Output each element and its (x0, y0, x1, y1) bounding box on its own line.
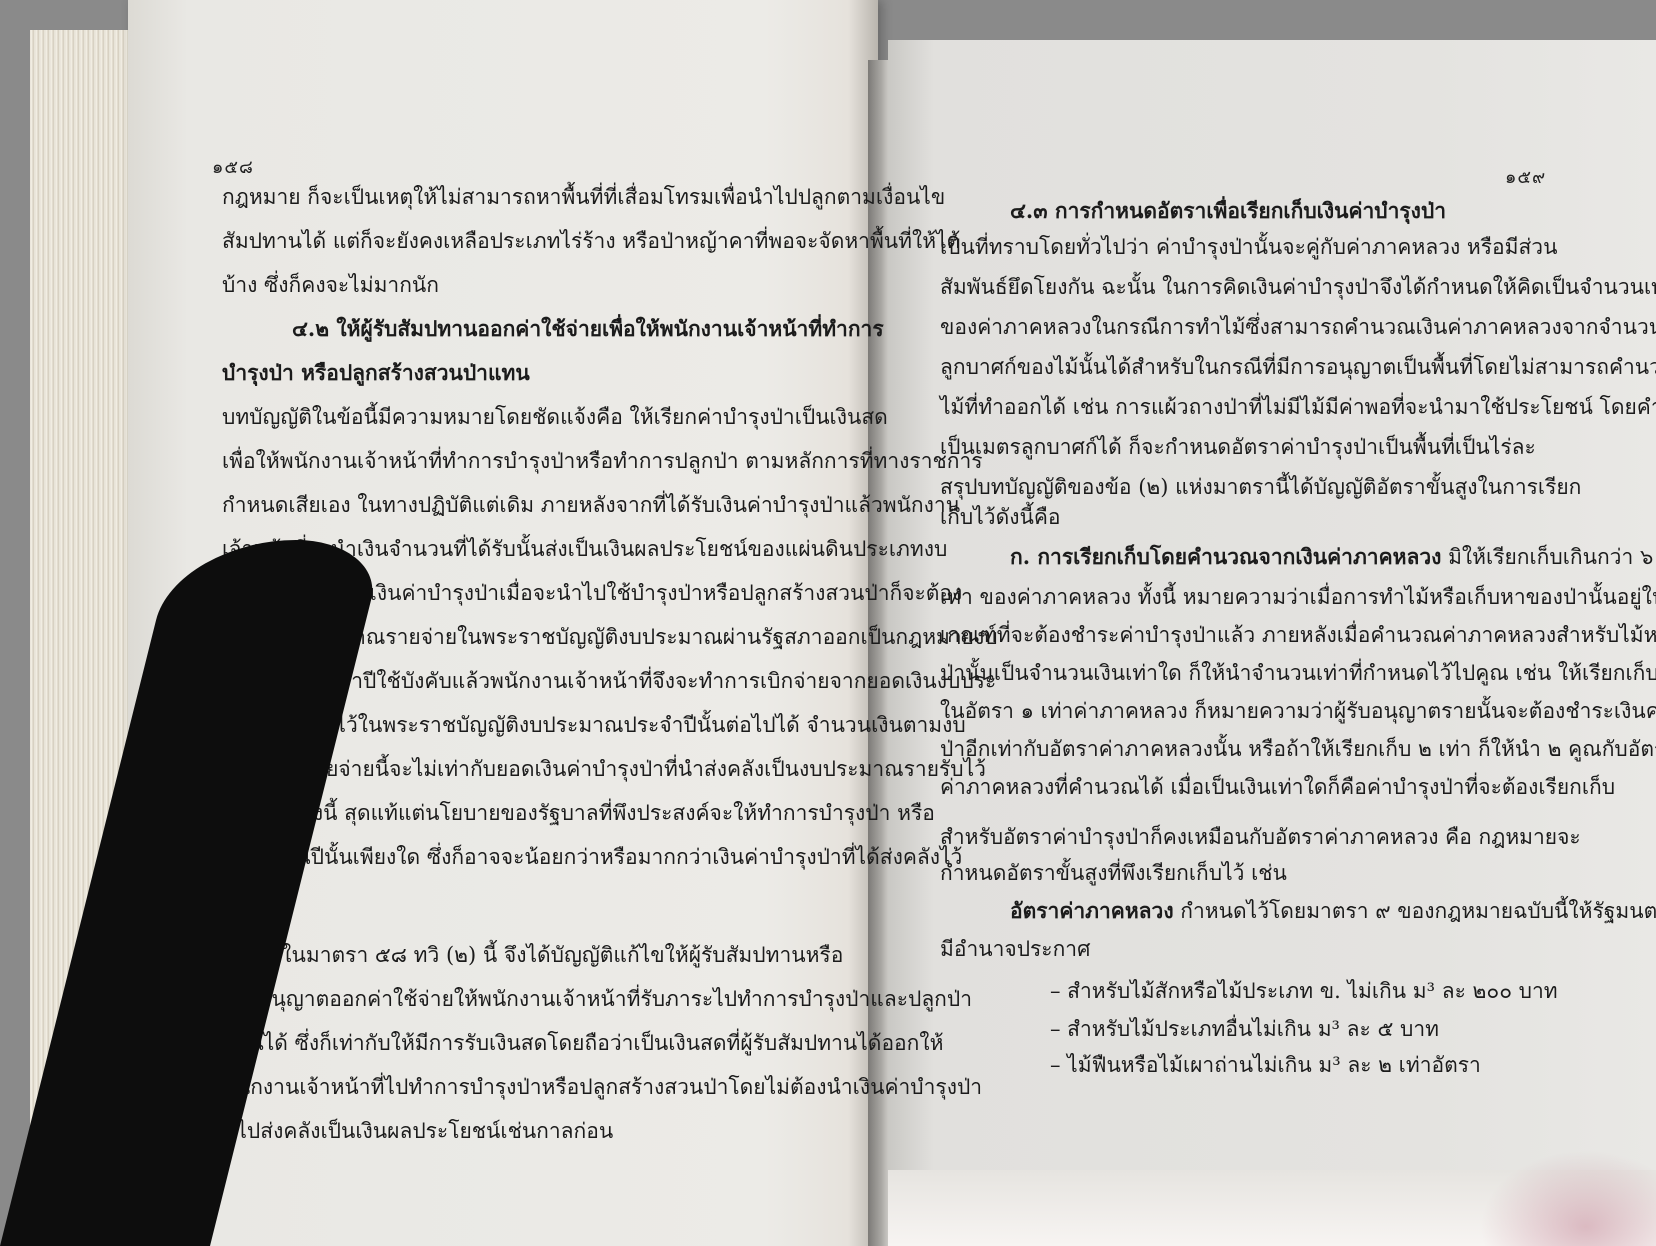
text-line: กฎหมาย ก็จะเป็นเหตุให้ไม่สามารถหาพื้นที่… (222, 178, 945, 216)
stain (1480, 1150, 1656, 1246)
text-line: เพื่อให้พนักงานเจ้าหน้าที่ทำการบำรุงป่าห… (222, 442, 983, 480)
text-line: ป่านั้นเป็นจำนวนเงินเท่าใด ก็ให้นำจำนวนเ… (940, 654, 1656, 692)
bullet-item: – สำหรับไม้ประเภทอื่นไม่เกิน ม³ ละ ๕ บาท (1050, 1010, 1439, 1048)
text-line: นี้ไปส่งคลังเป็นเงินผลประโยชน์เช่นกาลก่อ… (222, 1112, 613, 1150)
text-line: ในอัตรา ๑ เท่าค่าภาคหลวง ก็หมายความว่าผู… (940, 692, 1656, 730)
text-line: ลูกบาศก์ของไม้นั้นได้สำหรับในกรณีที่มีกา… (940, 348, 1656, 386)
page-number-right: ๑๕๙ (1505, 162, 1546, 191)
bullet-item: – สำหรับไม้สักหรือไม้ประเภท ข. ไม่เกิน ม… (1050, 972, 1558, 1010)
item-a-text: มิให้เรียกเก็บเกินกว่า ๖ (1441, 545, 1653, 569)
text-line: ของค่าภาคหลวงในกรณีการทำไม้ซึ่งสามารถคำน… (940, 308, 1656, 346)
bullet-item: – ไม้ฟืนหรือไม้เผาถ่านไม่เกิน ม³ ละ ๒ เท… (1050, 1046, 1481, 1084)
item-a-title: ก. การเรียกเก็บโดยคำนวณจากเงินค่าภาคหลวง (1010, 544, 1441, 569)
text-line: พนักงานเจ้าหน้าที่ไปทำการบำรุงป่าหรือปลู… (222, 1068, 982, 1106)
text-line: สัมพันธ์ยึดโยงกัน ฉะนั้น ในการคิดเงินค่า… (940, 268, 1656, 306)
royalty-rate: อัตราค่าภาคหลวง กำหนดไว้โดยมาตรา ๙ ของกฎ… (1010, 892, 1656, 930)
text-line: เสมอไป ทั้งนี้ สุดแท้แต่นโยบายของรัฐบาลท… (222, 794, 935, 832)
text-line: ค่าภาคหลวงที่คำนวณได้ เมื่อเป็นเงินเท่าใ… (940, 768, 1615, 806)
text-line: ปลูกป่าในปีนั้นเพียงใด ซึ่งก็อาจจะน้อยกว… (222, 838, 962, 876)
item-a: ก. การเรียกเก็บโดยคำนวณจากเงินค่าภาคหลวง… (1010, 538, 1653, 576)
text-line: เก็บไว้ดังนี้คือ (940, 498, 1060, 536)
text-line: บทบัญญัติในข้อนี้มีความหมายโดยชัดแจ้งคือ… (222, 398, 888, 436)
text-line: ผู้รับอนุญาตออกค่าใช้จ่ายให้พนักงานเจ้าห… (222, 980, 972, 1018)
text-line: เท่า ของค่าภาคหลวง ทั้งนี้ หมายความว่าเม… (940, 578, 1656, 616)
text-line: กำหนดอัตราขั้นสูงที่พึงเรียกเก็บไว้ เช่น (940, 854, 1287, 892)
text-line: ประมาณรายจ่ายนี้จะไม่เท่ากับยอดเงินค่าบำ… (222, 750, 986, 788)
book-spread: ๑๕๘ กฎหมาย ก็จะเป็นเหตุให้ไม่สามารถหาพื้… (0, 0, 1656, 1246)
text-line: ดังนั้น ในมาตรา ๕๘ ทวิ (๒) นี้ จึงได้บัญ… (222, 936, 843, 974)
text-line: เกณฑ์ที่จะต้องชำระค่าบำรุงป่าแล้ว ภายหลั… (940, 616, 1656, 654)
text-line: สำหรับอัตราค่าบำรุงป่าก็คงเหมือนกับอัตรา… (940, 818, 1581, 856)
text-line: เป็นเมตรลูกบาศก์ได้ ก็จะกำหนดอัตราค่าบำร… (940, 428, 1536, 466)
text-line: ป่าอีกเท่ากับอัตราค่าภาคหลวงนั้น หรือถ้า… (940, 730, 1656, 768)
text-line: ไม้ที่ทำออกได้ เช่น การแผ้วถางป่าที่ไม่ม… (940, 388, 1656, 426)
text-line: กำหนดเสียเอง ในทางปฏิบัติแต่เดิม ภายหลัง… (222, 486, 960, 524)
section-heading-4-3: ๔.๓ การกำหนดอัตราเพื่อเรียกเก็บเงินค่าบำ… (1010, 192, 1446, 230)
text-line: แทนได้ ซึ่งก็เท่ากับให้มีการรับเงินสดโดย… (222, 1024, 943, 1062)
section-heading-4-2-cont: บำรุงป่า หรือปลูกสร้างสวนป่าแทน (222, 354, 530, 392)
text-line: มีอำนาจประกาศ (940, 930, 1090, 968)
royalty-text: กำหนดไว้โดยมาตรา ๙ ของกฎหมายฉบับนี้ให้รั… (1174, 899, 1656, 923)
text-line: บ้าง ซึ่งก็คงจะไม่มากนัก (222, 266, 439, 304)
royalty-title: อัตราค่าภาคหลวง (1010, 898, 1174, 923)
text-line: สัมปทานได้ แต่ก็จะยังคงเหลือประเภทไร่ร้า… (222, 222, 960, 260)
text-line: เป็นที่ทราบโดยทั่วไปว่า ค่าบำรุงป่านั้นจ… (940, 228, 1557, 266)
section-heading-4-2: ๔.๒ ให้ผู้รับสัมปทานออกค่าใช้จ่ายเพื่อให… (292, 310, 884, 348)
page-number-left: ๑๕๘ (212, 152, 254, 181)
